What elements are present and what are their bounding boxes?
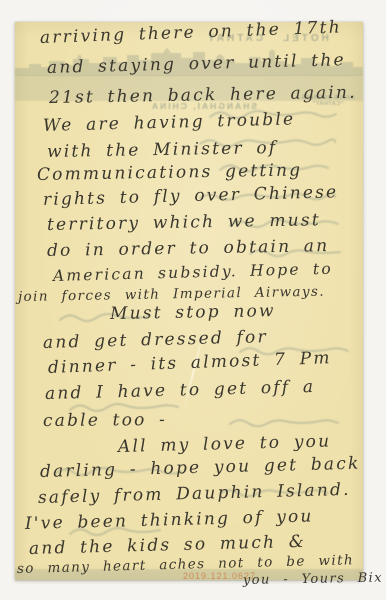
letter-paper: CATHAY HOTEL SHANGHAI, CHINA CABLE ADDRE… — [15, 22, 363, 580]
letter-line-12: Must stop now — [110, 301, 276, 324]
letter-line-23: you - Yours Bix — [243, 571, 383, 588]
letter-line-5: with the Minister of — [47, 138, 278, 162]
letter-line-16: cable too - — [43, 410, 167, 431]
